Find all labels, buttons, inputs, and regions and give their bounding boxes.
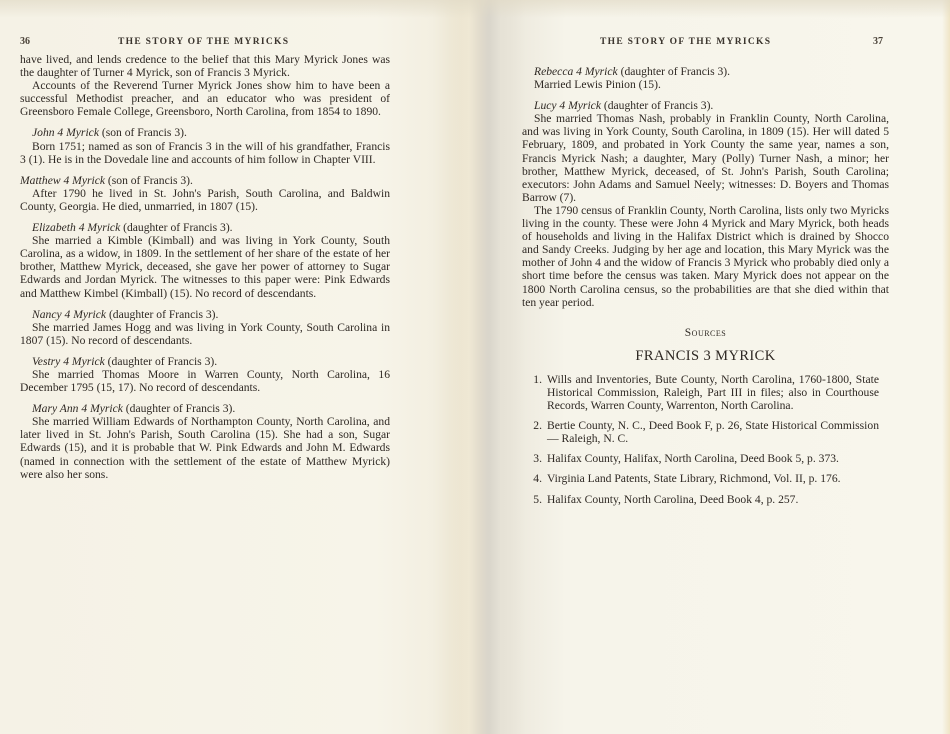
genealogy-entry: Lucy 4 Myrick (daughter of Francis 3). S… xyxy=(522,99,889,204)
entry-body: After 1790 he lived in St. John's Parish… xyxy=(20,187,390,213)
source-item: 4. Virginia Land Patents, State Library,… xyxy=(522,472,889,485)
genealogy-entry: Matthew 4 Myrick (son of Francis 3). Aft… xyxy=(20,174,390,213)
right-page-number: 37 xyxy=(873,36,883,47)
entry-body: She married William Edwards of Northampt… xyxy=(20,415,390,480)
sources-label: Sources xyxy=(522,327,889,340)
genealogy-entry: John 4 Myrick (son of Francis 3). Born 1… xyxy=(20,126,390,165)
right-page-text: Rebecca 4 Myrick (daughter of Francis 3)… xyxy=(522,65,889,513)
entry-body: Born 1751; named as son of Francis 3 in … xyxy=(20,140,390,166)
sources-title: FRANCIS 3 MYRICK xyxy=(522,350,889,363)
entry-body: Married Lewis Pinion (15). xyxy=(522,78,889,91)
book-gutter xyxy=(445,0,525,734)
genealogy-entry: Rebecca 4 Myrick (daughter of Francis 3)… xyxy=(522,65,889,91)
sources-list: 1. Wills and Inventories, Bute County, N… xyxy=(522,373,889,506)
source-number: 3. xyxy=(522,452,547,465)
intro-paragraph: have lived, and lends credence to the be… xyxy=(20,53,390,79)
entry-body: She married Thomas Nash, probably in Fra… xyxy=(522,112,889,204)
source-text: Halifax County, North Carolina, Deed Boo… xyxy=(547,493,889,506)
entry-body: She married James Hogg and was living in… xyxy=(20,321,390,347)
page-edge xyxy=(942,0,950,734)
genealogy-entry: Mary Ann 4 Myrick (daughter of Francis 3… xyxy=(20,402,390,481)
person-name: Mary Ann 4 Myrick xyxy=(32,402,123,415)
source-text: Virginia Land Patents, State Library, Ri… xyxy=(547,472,889,485)
person-name: Matthew 4 Myrick xyxy=(20,174,105,187)
source-number: 1. xyxy=(522,373,547,412)
source-item: 3. Halifax County, Halifax, North Caroli… xyxy=(522,452,889,465)
top-shadow xyxy=(0,0,950,18)
person-relation: (daughter of Francis 3). xyxy=(123,402,235,415)
person-name: Nancy 4 Myrick xyxy=(32,308,106,321)
source-text: Wills and Inventories, Bute County, Nort… xyxy=(547,373,889,412)
person-relation: (daughter of Francis 3). xyxy=(618,65,730,78)
source-text: Halifax County, Halifax, North Carolina,… xyxy=(547,452,889,465)
source-number: 4. xyxy=(522,472,547,485)
person-name: Elizabeth 4 Myrick xyxy=(32,221,120,234)
person-name: John 4 Myrick xyxy=(32,126,99,139)
intro-paragraph: Accounts of the Reverend Turner Myrick J… xyxy=(20,79,390,118)
source-number: 2. xyxy=(522,419,547,445)
census-paragraph: The 1790 census of Franklin County, Nort… xyxy=(522,204,889,309)
genealogy-entry: Elizabeth 4 Myrick (daughter of Francis … xyxy=(20,221,390,300)
entry-body: She married Thomas Moore in Warren Count… xyxy=(20,368,390,394)
book-spread: 36 THE STORY OF THE MYRICKS have lived, … xyxy=(0,0,950,734)
left-page-number: 36 xyxy=(20,36,30,47)
person-relation: (daughter of Francis 3). xyxy=(105,355,217,368)
genealogy-entry: Vestry 4 Myrick (daughter of Francis 3).… xyxy=(20,355,390,394)
source-text: Bertie County, N. C., Deed Book F, p. 26… xyxy=(547,419,889,445)
person-relation: (daughter of Francis 3). xyxy=(106,308,218,321)
person-relation: (son of Francis 3). xyxy=(105,174,193,187)
left-running-head: THE STORY OF THE MYRICKS xyxy=(118,37,289,47)
right-running-head: THE STORY OF THE MYRICKS xyxy=(600,37,771,47)
source-item: 2. Bertie County, N. C., Deed Book F, p.… xyxy=(522,419,889,445)
left-page-text: have lived, and lends credence to the be… xyxy=(20,53,390,481)
source-item: 1. Wills and Inventories, Bute County, N… xyxy=(522,373,889,412)
source-number: 5. xyxy=(522,493,547,506)
source-item: 5. Halifax County, North Carolina, Deed … xyxy=(522,493,889,506)
entry-body: She married a Kimble (Kimball) and was l… xyxy=(20,234,390,299)
person-name: Rebecca 4 Myrick xyxy=(534,65,618,78)
person-name: Vestry 4 Myrick xyxy=(32,355,105,368)
person-relation: (daughter of Francis 3). xyxy=(601,99,713,112)
genealogy-entry: Nancy 4 Myrick (daughter of Francis 3). … xyxy=(20,308,390,347)
person-relation: (daughter of Francis 3). xyxy=(120,221,232,234)
person-name: Lucy 4 Myrick xyxy=(534,99,601,112)
person-relation: (son of Francis 3). xyxy=(99,126,187,139)
